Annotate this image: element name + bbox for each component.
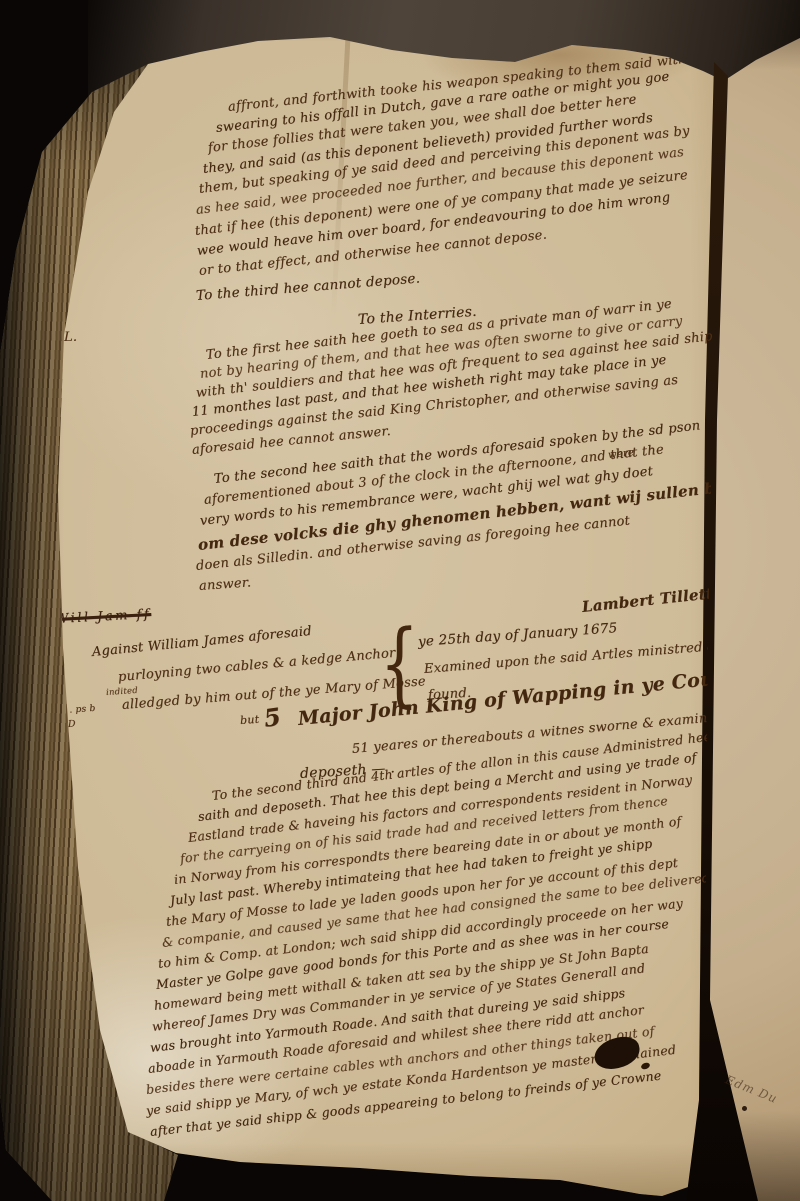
section-mark: 5 — [262, 702, 283, 733]
manuscript-line: answer. — [198, 575, 251, 594]
session-date-line: ye 25th day of January 1675 — [417, 620, 618, 650]
case-note-but: but — [240, 713, 260, 727]
manuscript-text-layer: affront, and forthwith tooke his weapon … — [0, 0, 800, 1201]
case-note-line: Against William James aforesaid — [91, 624, 312, 660]
manuscript-photo: { "colors": { "paper": "#cdb995", "facin… — [0, 0, 800, 1201]
paper-speck — [742, 1106, 747, 1111]
examiner-signature: Lambert Tillett — [581, 584, 714, 616]
margin-mark: L. — [64, 330, 77, 345]
struck-out-note: Will Jam ff — [55, 607, 152, 627]
